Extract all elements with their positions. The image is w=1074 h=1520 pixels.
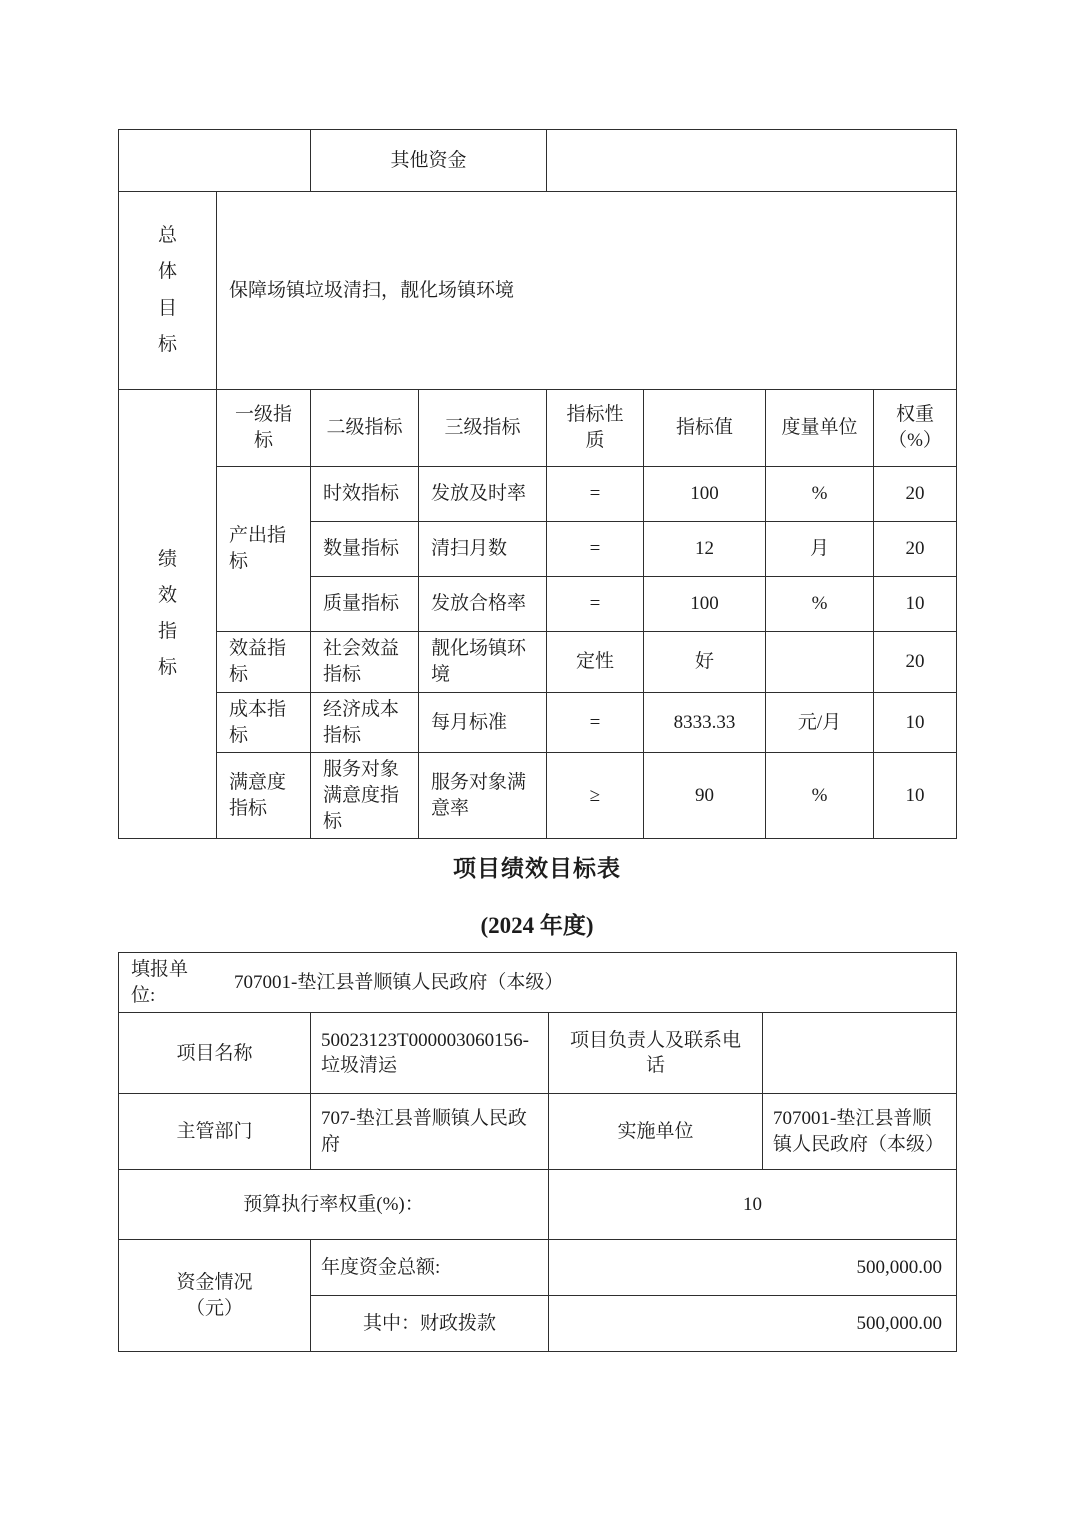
indicator-row: 产出指标 时效指标 发放及时率 = 100 % 20 [119, 467, 957, 522]
col-header-unit: 度量单位 [766, 390, 874, 467]
overall-goal-text-cell: 保障场镇垃圾清扫，靓化场镇环境 [217, 192, 957, 390]
indicators-section-label: 绩效指标 [158, 542, 178, 686]
weight-cell: 20 [874, 522, 957, 577]
level3-cell: 靓化场镇环境 [419, 632, 547, 693]
document-body: 其他资金 总体目标 保障场镇垃圾清扫，靓化场镇环境 绩效指标 一级指标 二级指标… [118, 129, 956, 1352]
other-funds-value-cell [547, 130, 957, 192]
reporting-unit-value: 707001-垫江县普顺镇人民政府（本级） [201, 970, 563, 996]
level3-cell: 发放及时率 [419, 467, 547, 522]
weight-cell: 10 [874, 753, 957, 839]
nature-cell: = [547, 577, 644, 632]
empty-cell [119, 130, 311, 192]
indicator-row: 满意度指标 服务对象满意度指标 服务对象满意率 ≥ 90 % 10 [119, 753, 957, 839]
nature-cell: 定性 [547, 632, 644, 693]
project-name-value-cell: 50023123T000003060156-垃圾清运 [311, 1013, 549, 1094]
implementing-unit-value-cell: 707001-垫江县普顺镇人民政府（本级） [763, 1094, 957, 1170]
overall-goal-label: 总体目标 [158, 218, 178, 362]
implementing-unit-label-cell: 实施单位 [549, 1094, 763, 1170]
fiscal-allocation-label-cell: 其中：财政拨款 [311, 1296, 549, 1352]
value-cell: 90 [644, 753, 766, 839]
indicators-section-cell: 绩效指标 [119, 390, 217, 839]
overall-goal-label-cell: 总体目标 [119, 192, 217, 390]
annual-total-row: 资金情况（元） 年度资金总额: 500,000.00 [119, 1240, 957, 1296]
indicator-row: 成本指标 经济成本指标 每月标准 = 8333.33 元/月 10 [119, 693, 957, 753]
supervisor-dept-value-cell: 707-垫江县普顺镇人民政府 [311, 1094, 549, 1170]
performance-indicators-table: 其他资金 总体目标 保障场镇垃圾清扫，靓化场镇环境 绩效指标 一级指标 二级指标… [118, 129, 957, 839]
level2-cell: 经济成本指标 [311, 693, 419, 753]
level2-cell: 时效指标 [311, 467, 419, 522]
annual-total-value-cell: 500,000.00 [549, 1240, 957, 1296]
col-header-level2: 二级指标 [311, 390, 419, 467]
unit-cell: % [766, 577, 874, 632]
weight-cell: 10 [874, 577, 957, 632]
budget-execution-weight-value-cell: 10 [549, 1170, 957, 1240]
value-cell: 12 [644, 522, 766, 577]
nature-cell: = [547, 467, 644, 522]
project-name-label-cell: 项目名称 [119, 1013, 311, 1094]
document-subtitle: (2024 年度) [118, 908, 956, 944]
weight-cell: 10 [874, 693, 957, 753]
unit-cell: 月 [766, 522, 874, 577]
level1-cell: 产出指标 [217, 467, 311, 632]
document-title: 项目绩效目标表 [118, 851, 956, 887]
value-cell: 100 [644, 467, 766, 522]
level1-cell: 满意度指标 [217, 753, 311, 839]
weight-cell: 20 [874, 467, 957, 522]
reporting-unit-row: 填报单位: 707001-垫江县普顺镇人民政府（本级） [119, 953, 957, 1013]
weight-cell: 20 [874, 632, 957, 693]
project-info-table: 填报单位: 707001-垫江县普顺镇人民政府（本级） 项目名称 5002312… [118, 952, 957, 1352]
level2-cell: 社会效益指标 [311, 632, 419, 693]
unit-cell: % [766, 753, 874, 839]
value-cell: 100 [644, 577, 766, 632]
other-funds-label-cell: 其他资金 [311, 130, 547, 192]
col-header-weight: 权重（%） [874, 390, 957, 467]
nature-cell: = [547, 522, 644, 577]
funds-section-cell: 资金情况（元） [119, 1240, 311, 1352]
value-cell: 8333.33 [644, 693, 766, 753]
unit-cell: % [766, 467, 874, 522]
title-block: 项目绩效目标表 (2024 年度) [118, 851, 956, 944]
level2-cell: 数量指标 [311, 522, 419, 577]
level3-cell: 每月标准 [419, 693, 547, 753]
supervisor-dept-row: 主管部门 707-垫江县普顺镇人民政府 实施单位 707001-垫江县普顺镇人民… [119, 1094, 957, 1170]
indicators-header-row: 绩效指标 一级指标 二级指标 三级指标 指标性质 指标值 度量单位 权重（%） [119, 390, 957, 467]
level3-cell: 服务对象满意率 [419, 753, 547, 839]
reporting-unit-label: 填报单位: [131, 957, 201, 1008]
value-cell: 好 [644, 632, 766, 693]
budget-execution-weight-row: 预算执行率权重(%)： 10 [119, 1170, 957, 1240]
col-header-level3: 三级指标 [419, 390, 547, 467]
level2-cell: 服务对象满意度指标 [311, 753, 419, 839]
indicator-row: 效益指标 社会效益指标 靓化场镇环境 定性 好 20 [119, 632, 957, 693]
project-leader-label-cell: 项目负责人及联系电话 [549, 1013, 763, 1094]
annual-total-label-cell: 年度资金总额: [311, 1240, 549, 1296]
nature-cell: = [547, 693, 644, 753]
col-header-level1: 一级指标 [217, 390, 311, 467]
nature-cell: ≥ [547, 753, 644, 839]
funds-section-label: 资金情况（元） [172, 1270, 258, 1321]
level1-cell: 效益指标 [217, 632, 311, 693]
document-page: 其他资金 总体目标 保障场镇垃圾清扫，靓化场镇环境 绩效指标 一级指标 二级指标… [0, 0, 1074, 1520]
fiscal-allocation-value-cell: 500,000.00 [549, 1296, 957, 1352]
unit-cell [766, 632, 874, 693]
reporting-unit-cell: 填报单位: 707001-垫江县普顺镇人民政府（本级） [119, 953, 957, 1013]
level3-cell: 发放合格率 [419, 577, 547, 632]
level1-cell: 成本指标 [217, 693, 311, 753]
supervisor-dept-label-cell: 主管部门 [119, 1094, 311, 1170]
project-leader-value-cell [763, 1013, 957, 1094]
level3-cell: 清扫月数 [419, 522, 547, 577]
unit-cell: 元/月 [766, 693, 874, 753]
other-funds-row: 其他资金 [119, 130, 957, 192]
col-header-nature: 指标性质 [547, 390, 644, 467]
budget-execution-weight-label-cell: 预算执行率权重(%)： [119, 1170, 549, 1240]
col-header-value: 指标值 [644, 390, 766, 467]
project-name-row: 项目名称 50023123T000003060156-垃圾清运 项目负责人及联系… [119, 1013, 957, 1094]
overall-goal-row: 总体目标 保障场镇垃圾清扫，靓化场镇环境 [119, 192, 957, 390]
level2-cell: 质量指标 [311, 577, 419, 632]
